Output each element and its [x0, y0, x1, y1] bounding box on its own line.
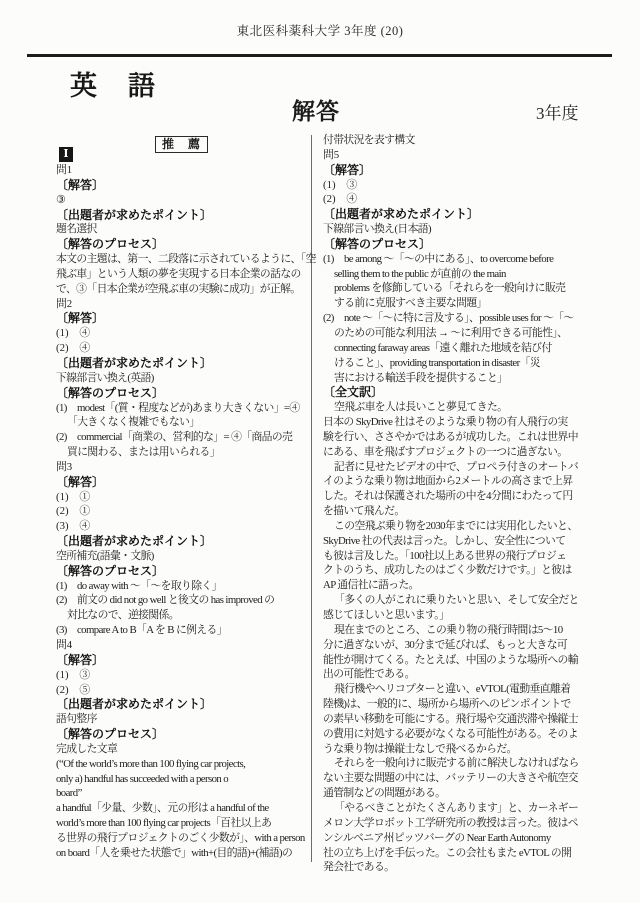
exam-answer-page: 東北医科薬科大学 3年度 (20) 英 語 解答 3年度 推 薦 Ⅰ 問1 〔解… [0, 0, 640, 903]
text-line: (2) ④ [56, 341, 312, 356]
text-line: 本文の主題は、第一、二段落に示されているように、「空 [56, 252, 312, 267]
text-line: 問5 [323, 148, 623, 163]
text-line: 陸機)は、一般的に、場所から場所へのピンポイントで [323, 697, 623, 712]
text-line: (1) ③ [56, 668, 312, 683]
text-line: (2) commercial「商業の、営利的な」= ④「商品の売 [56, 430, 312, 445]
text-line: (1) ④ [56, 326, 312, 341]
text-line: クトのうち、成功したのはごく少数だけです。」と彼は [323, 563, 623, 578]
text-line: 「多くの人がこれに乗りたいと思い、そして安全だと [323, 593, 623, 608]
text-line: 飛ぶ車」という人類の夢を実現する日本企業の話なの [56, 267, 312, 282]
text-line: る世界の飛行プロジェクトのごく少数が」、with a person [56, 831, 312, 846]
text-line: ③ [56, 193, 312, 208]
text-line: メロン大学ロボット工学研究所の教授は言った。彼はペ [323, 816, 623, 831]
text-line: board” [56, 786, 312, 801]
left-column: 問1 〔解答〕 ③ 〔出題者が求めたポイント〕 題名選択 〔解答のプロセス〕 本… [56, 163, 312, 861]
text-line: 験を行い、ささやかではあるが成功した。これは世界中 [323, 430, 623, 445]
text-line: 〔出題者が求めたポイント〕 [56, 697, 312, 712]
text-line: (1) ① [56, 490, 312, 505]
text-line: (1) modest「(質・程度などが)あまり大きくない」=④ [56, 401, 312, 416]
text-line: (2) note ～「～に特に言及する」、possible uses for ～… [323, 311, 623, 326]
text-line: 空所補充(語彙・文脈) [56, 549, 312, 564]
text-line: けること」、providing transportation in disast… [323, 356, 623, 371]
subject-title: 英 語 [70, 64, 157, 103]
track-badge: 推 薦 [155, 136, 208, 153]
text-line: の費用に対処する必要がなくなる可能性がある。そのよ [323, 727, 623, 742]
text-line: 下線部言い換え(日本語) [323, 222, 623, 237]
text-line: 問1 [56, 163, 312, 178]
answer-heading: 解答 [292, 93, 340, 126]
text-line: 害における輸送手段を提供すること」 [323, 371, 623, 386]
text-line: 〔解答のプロセス〕 [56, 727, 312, 742]
text-line: 〔解答〕 [323, 163, 623, 178]
text-line: only a) handful has succeeded with a per… [56, 772, 312, 787]
text-line: 〔全文訳〕 [323, 385, 623, 400]
text-line: 買に関わる、または用いられる」 [56, 445, 312, 460]
text-line: イのような乗り物は地面から2メートルの高さまで上昇 [323, 474, 623, 489]
text-line: それらを一般向けに販売する前に解決しなければなら [323, 756, 623, 771]
text-line: 「やるべきことがたくさんあります」と、カーネギー [323, 801, 623, 816]
text-line: 付帯状況を表す構文 [323, 133, 623, 148]
text-line: 完成した文章 [56, 742, 312, 757]
right-column: 付帯状況を表す構文 問5 〔解答〕 (1) ③ (2) ④ 〔出題者が求めたポイ… [323, 133, 623, 875]
text-line: (1) be among ～「～の中にある」、to overcome befor… [323, 252, 623, 267]
text-line: selling them to the public が直前の the main [323, 267, 623, 282]
text-line: a handful「少量、少数」、元の形は a handful of the [56, 801, 312, 816]
text-line: 〔出題者が求めたポイント〕 [56, 356, 312, 371]
text-line: 能性が開けてくる。たとえば、中国のような場所への輸 [323, 653, 623, 668]
text-line: ンシルベニア州ピッツバーグの Near Earth Autonomy [323, 831, 623, 846]
text-line: (1) do away with ～「～を取り除く」 [56, 579, 312, 594]
text-line: 〔出題者が求めたポイント〕 [323, 207, 623, 222]
text-line: 〔解答〕 [56, 653, 312, 668]
text-line: 現在までのところ、この乗り物の飛行時間は5～10 [323, 623, 623, 638]
text-line: (3) ④ [56, 519, 312, 534]
text-line: ない主要な問題の中には、バッテリーの大きさや航空交 [323, 771, 623, 786]
text-line: (2) 前文の did not go well と後文の has improve… [56, 593, 312, 608]
text-line: 〔出題者が求めたポイント〕 [56, 534, 312, 549]
text-line: 問3 [56, 460, 312, 475]
text-line: うな乗り物は操縦士なしで飛べるからだ。 [323, 742, 623, 757]
text-line: 分に過ぎないが、30分まで延びれば、もっと大きな可 [323, 638, 623, 653]
text-line: 語句整序 [56, 712, 312, 727]
text-line: 通管制などの問題がある。 [323, 786, 623, 801]
text-line: も彼は言及した。「100社以上ある世界の飛行プロジェ [323, 549, 623, 564]
text-line: にある、車を飛ばすプロジェクトの一つに過ぎない。 [323, 445, 623, 460]
text-line: (2) ① [56, 504, 312, 519]
text-line: world’s more than 100 flying car project… [56, 816, 312, 831]
year-label: 3年度 [536, 99, 579, 124]
text-line: 日本の SkyDrive 社はそのような乗り物の有人飛行の実 [323, 415, 623, 430]
text-line: 飛行機やヘリコプターと違い、eVTOL(電動垂直離着 [323, 682, 623, 697]
text-line: 〔出題者が求めたポイント〕 [56, 208, 312, 223]
text-line: 〔解答〕 [56, 311, 312, 326]
text-line: の素早い移動を可能にする。飛行場や交通渋滞や操縦士 [323, 712, 623, 727]
text-line: で、③「日本企業が空飛ぶ車の実験に成功」が正解。 [56, 282, 312, 297]
text-line: 感じてほしいと思います。」 [323, 608, 623, 623]
page-header: 東北医科薬科大学 3年度 (20) [0, 21, 640, 39]
text-line: 問4 [56, 638, 312, 653]
text-line: 題名選択 [56, 222, 312, 237]
text-line: のための可能な利用法 → ～に利用できる可能性」、 [323, 326, 623, 341]
text-line: を描いて飛んだ。 [323, 504, 623, 519]
text-line: 空飛ぶ車を人は長いこと夢見てきた。 [323, 400, 623, 415]
section-marker: Ⅰ [59, 147, 73, 162]
text-line: した。それは保護された場所の中を4分間にわたって円 [323, 489, 623, 504]
text-line: (2) ⑤ [56, 683, 312, 698]
text-line: 下線部言い換え(英語) [56, 371, 312, 386]
header-rule [27, 54, 612, 57]
text-line: する前に克服すべき主要な問題」 [323, 296, 623, 311]
text-line: 出の可能性である。 [323, 667, 623, 682]
text-line: 社の立ち上げを手伝った。この会社もまた eVTOL の開 [323, 846, 623, 861]
text-line: 〔解答〕 [56, 178, 312, 193]
text-line: 〔解答のプロセス〕 [56, 564, 312, 579]
text-line: 問2 [56, 297, 312, 312]
text-line: 〔解答のプロセス〕 [56, 386, 312, 401]
text-line: 対比なので、逆接関係。 [56, 608, 312, 623]
text-line: SkyDrive 社の代表は言った。しかし、安全性について [323, 534, 623, 549]
text-line: (1) ③ [323, 178, 623, 193]
text-line: 「大きくなく複雑でもない」 [56, 415, 312, 430]
text-line: この空飛ぶ乗り物を2030年までには実用化したいと、 [323, 519, 623, 534]
text-line: AP 通信社に語った。 [323, 578, 623, 593]
text-line: 〔解答のプロセス〕 [323, 237, 623, 252]
text-line: (3) compare A to B「A を B に例える」 [56, 623, 312, 638]
text-line: 〔解答〕 [56, 475, 312, 490]
text-line: problems を修飾している「それらを一般向けに販売 [323, 281, 623, 296]
text-line: 〔解答のプロセス〕 [56, 237, 312, 252]
text-line: (“Of the world’s more than 100 flying ca… [56, 757, 312, 772]
text-line: (2) ④ [323, 192, 623, 207]
text-line: 記者に見せたビデオの中で、プロペラ付きのオートバ [323, 460, 623, 475]
text-line: on board「人を乗せた状態で」with+(目的語)+(補語)の [56, 846, 312, 861]
text-line: connecting faraway areas「遠く離れた地域を結び付 [323, 341, 623, 356]
text-line: 発会社である。 [323, 860, 623, 875]
